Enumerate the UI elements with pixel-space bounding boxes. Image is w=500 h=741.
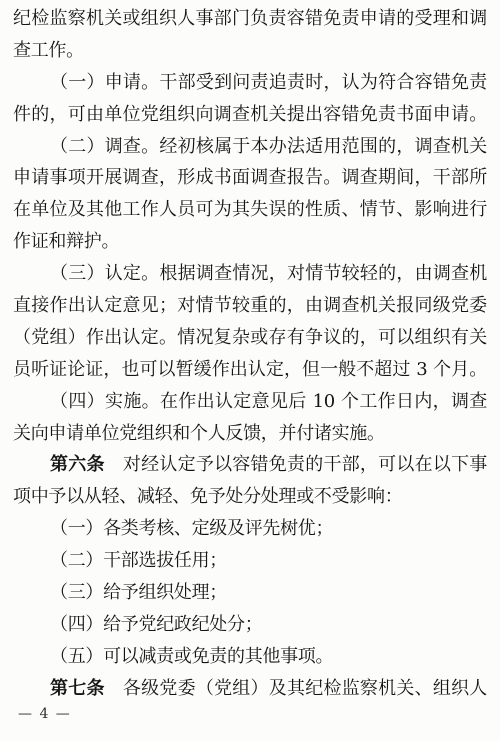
article-text: 各级党委（党组）及其纪检监察机关、组织人 [105,678,487,699]
text-line: 申请事项开展调查，形成书面调查报告。调查期间，干部所 [13,162,487,194]
article-number: 第七条 [50,678,105,699]
text-line: 项中予以从轻、减轻、免予处分处理或不受影响： [13,481,487,513]
article-number: 第六条 [50,454,105,475]
document-body: 纪检监察机关或组织人事部门负责容错免责申请的受理和调 查工作。 （一）申请。干部… [13,3,487,705]
list-item-line: （三）给予组织处理； [13,577,487,609]
list-item-line: （四）给予党纪政纪处分； [13,609,487,641]
text-line: 件的，可由单位党组织向调查机关提出容错免责书面申请。 [13,99,487,131]
text-line: 在单位及其他工作人员可为其失误的性质、情节、影响进行 [13,194,487,226]
text-line: 员听证论证，也可以暂缓作出认定，但一般不超过 3 个月。 [13,354,487,386]
page-number: — 4 — [18,704,71,724]
text-line: 纪检监察机关或组织人事部门负责容错免责申请的受理和调 [13,3,487,35]
text-line: 作证和辩护。 [13,226,487,258]
list-item-line: （一）各类考核、定级及评先树优； [13,513,487,545]
article-text: 对经认定予以容错免责的干部，可以在以下事 [105,454,487,475]
text-line: （一）申请。干部受到问责追责时，认为符合容错免责条 [13,67,487,99]
document-page: 纪检监察机关或组织人事部门负责容错免责申请的受理和调 查工作。 （一）申请。干部… [0,0,500,741]
text-line: 直接作出认定意见；对情节较重的，由调查机关报同级党委 [13,290,487,322]
text-line: （四）实施。在作出认定意见后 10 个工作日内，调查机 [13,386,487,418]
text-line: （二）调查。经初核属于本办法适用范围的，调查机关依 [13,131,487,163]
text-line: （党组）作出认定。情况复杂或存有争议的，可以组织有关人 [13,322,487,354]
article-heading-line: 第六条 对经认定予以容错免责的干部，可以在以下事 [13,449,487,481]
list-item-line: （五）可以减责或免责的其他事项。 [13,641,487,673]
text-line: 查工作。 [13,35,487,67]
text-line: 关向申请单位党组织和个人反馈，并付诸实施。 [13,418,487,450]
text-line: （三）认定。根据调查情况，对情节较轻的，由调查机关 [13,258,487,290]
article-heading-line: 第七条 各级党委（党组）及其纪检监察机关、组织人 [13,673,487,705]
list-item-line: （二）干部选拔任用； [13,545,487,577]
